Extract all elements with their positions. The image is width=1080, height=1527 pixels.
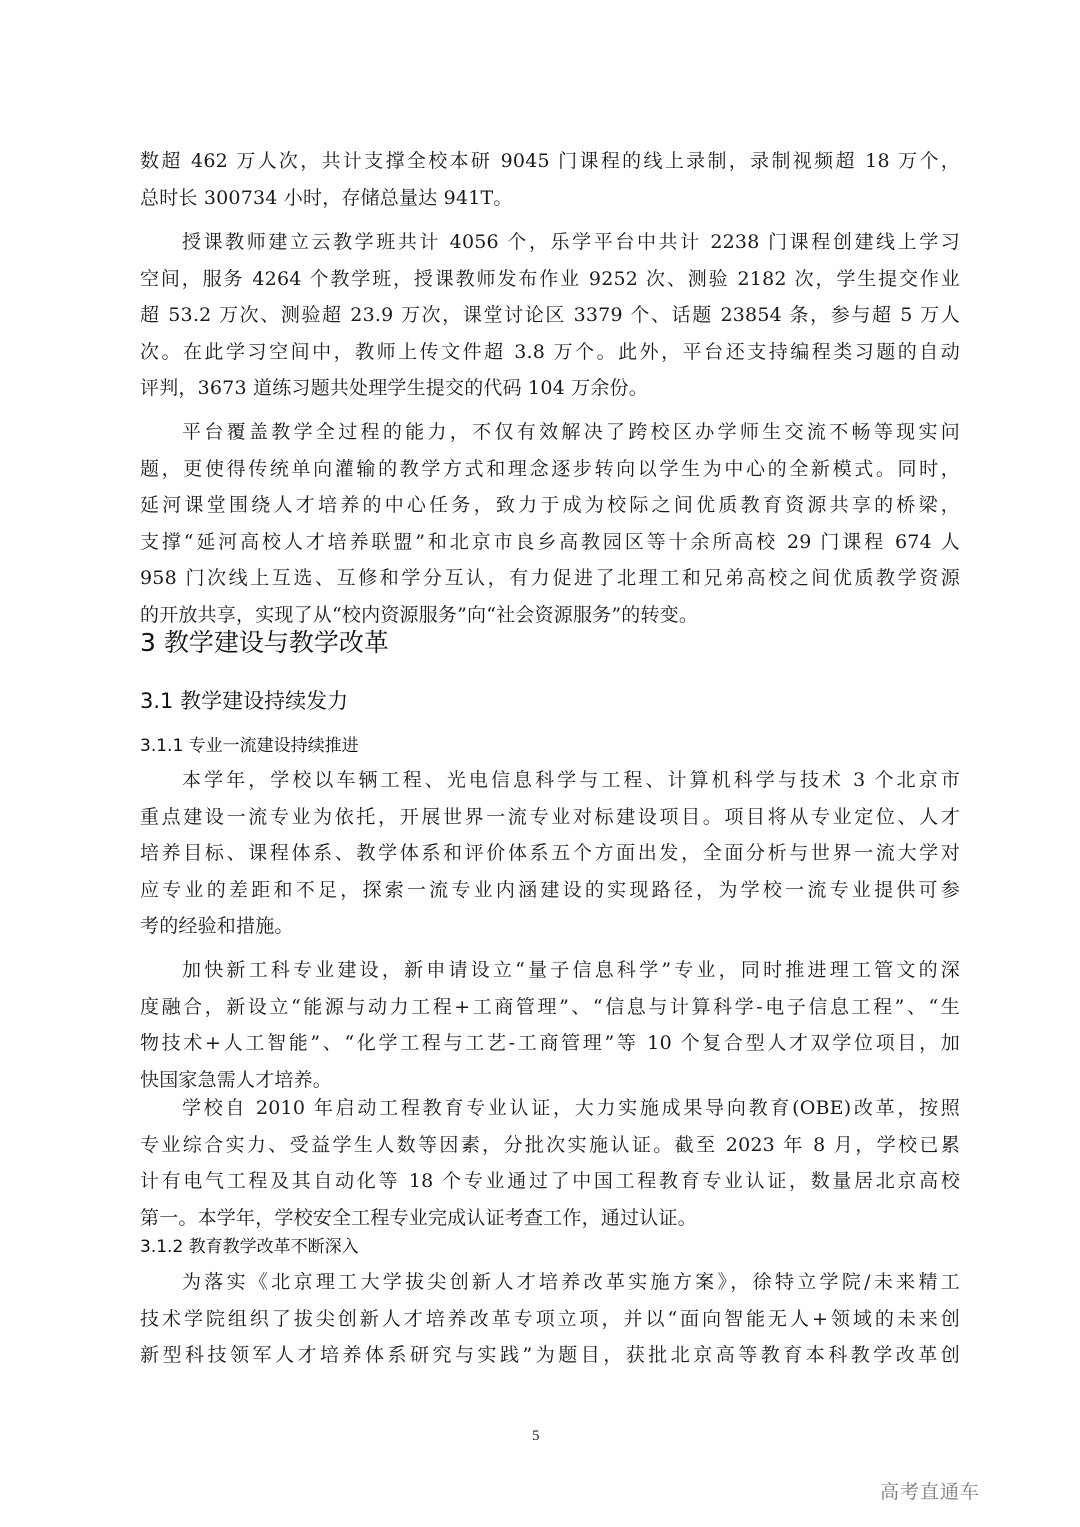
paragraph-line: 支撑“延河高校人才培养联盟”和北京市良乡高教园区等十余所高校 29 门课程 67…: [140, 527, 960, 557]
paragraph-line: 平台覆盖教学全过程的能力，不仅有效解决了跨校区办学师生交流不畅等现实问: [140, 417, 960, 447]
paragraph-line: 学校自 2010 年启动工程教育专业认证，大力实施成果导向教育(OBE)改革，按…: [140, 1093, 960, 1123]
paragraph-line: 加快新工科专业建设，新申请设立“量子信息科学”专业，同时推进理工管文的深: [140, 955, 960, 985]
paragraph-line: 为落实《北京理工大学拔尖创新人才培养改革实施方案》，徐特立学院/未来精工: [140, 1267, 960, 1297]
watermark-text: 高考直通车: [880, 1477, 980, 1504]
paragraph-line: 快国家急需人才培养。: [140, 1065, 960, 1095]
paragraph-line: 考的经验和措施。: [140, 911, 960, 941]
paragraph-line: 度融合，新设立“能源与动力工程+工商管理”、“信息与计算科学-电子信息工程”、“…: [140, 992, 960, 1022]
paragraph-line: 题，更使得传统单向灌输的教学方式和理念逐步转向以学生为中心的全新模式。同时，: [140, 454, 960, 484]
heading-level-3: 3.1.1 专业一流建设持续推进: [140, 733, 359, 759]
paragraph-line: 第一。本学年，学校安全工程专业完成认证考查工作，通过认证。: [140, 1203, 960, 1233]
paragraph-line: 总时长 300734 小时，存储总量达 941T。: [140, 183, 960, 213]
paragraph-line: 958 门次线上互选、互修和学分互认，有力促进了北理工和兄弟高校之间优质教学资源: [140, 563, 960, 593]
paragraph-line: 超 53.2 万次、测验超 23.9 万次，课堂讨论区 3379 个、话题 23…: [140, 300, 960, 330]
paragraph-line: 授课教师建立云教学班共计 4056 个，乐学平台中共计 2238 门课程创建线上…: [140, 227, 960, 257]
paragraph-line: 评判，3673 道练习题共处理学生提交的代码 104 万余份。: [140, 373, 960, 403]
paragraph-line: 技术学院组织了拔尖创新人才培养改革专项立项，并以“面向智能无人+领域的未来创: [140, 1304, 960, 1334]
paragraph-line: 重点建设一流专业为依托，开展世界一流专业对标建设项目。项目将从专业定位、人才: [140, 802, 960, 832]
heading-level-3: 3.1.2 教育教学改革不断深入: [140, 1234, 359, 1260]
paragraph-line: 计有电气工程及其自动化等 18 个专业通过了中国工程教育专业认证，数量居北京高校: [140, 1166, 960, 1196]
heading-level-2: 3.1 教学建设持续发力: [140, 686, 348, 716]
paragraph-line: 数超 462 万人次，共计支撑全校本研 9045 门课程的线上录制，录制视频超 …: [140, 146, 960, 176]
paragraph-line: 专业综合实力、受益学生人数等因素，分批次实施认证。截至 2023 年 8 月，学…: [140, 1130, 960, 1160]
heading-level-1: 3 教学建设与教学改革: [140, 626, 389, 660]
paragraph-line: 应专业的差距和不足，探索一流专业内涵建设的实现路径，为学校一流专业提供可参: [140, 875, 960, 905]
paragraph-line: 次。在此学习空间中，教师上传文件超 3.8 万个。此外，平台还支持编程类习题的自…: [140, 337, 960, 367]
paragraph-line: 新型科技领军人才培养体系研究与实践”为题目，获批北京高等教育本科教学改革创: [140, 1340, 960, 1370]
paragraph-line: 延河课堂围绕人才培养的中心任务，致力于成为校际之间优质教育资源共享的桥梁，: [140, 490, 960, 520]
paragraph-line: 空间，服务 4264 个教学班，授课教师发布作业 9252 次、测验 2182 …: [140, 264, 960, 294]
page-number: 5: [532, 1428, 540, 1445]
paragraph-line: 物技术+人工智能”、“化学工程与工艺-工商管理”等 10 个复合型人才双学位项目…: [140, 1028, 960, 1058]
paragraph-line: 本学年，学校以车辆工程、光电信息科学与工程、计算机科学与技术 3 个北京市: [140, 765, 960, 795]
paragraph-line: 培养目标、课程体系、教学体系和评价体系五个方面出发，全面分析与世界一流大学对: [140, 838, 960, 868]
